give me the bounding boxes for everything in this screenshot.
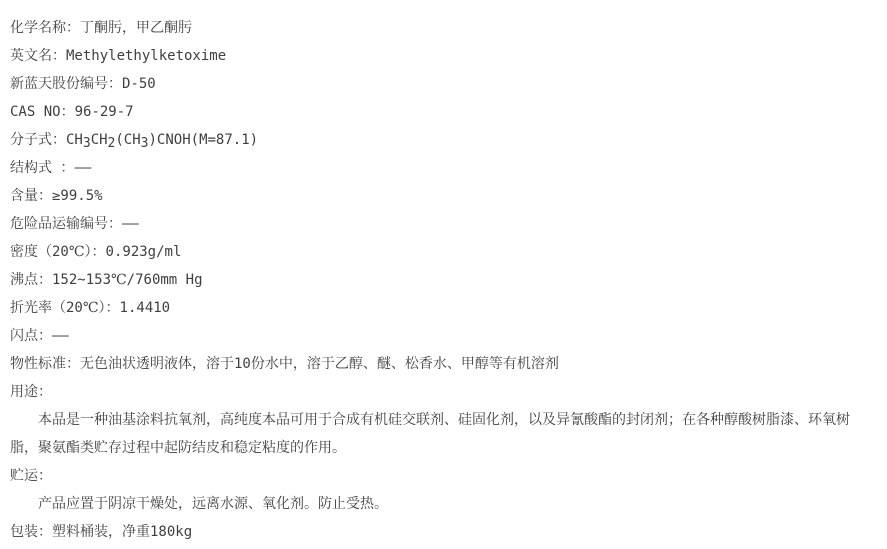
field-molecular-formula: 分子式：CH3CH2(CH3)CNOH(M=87.1) [10, 126, 887, 154]
field-label: 物性标准： [10, 356, 80, 372]
field-label: 危险品运输编号： [10, 216, 122, 232]
field-label: 密度（20℃）： [10, 244, 106, 260]
field-label: 闪点： [10, 328, 52, 344]
field-value: 152~153℃/760mm Hg [52, 272, 203, 288]
field-label: 分子式： [10, 132, 66, 148]
field-flash-point: 闪点：—— [10, 322, 887, 350]
field-packaging: 包装：塑料桶装，净重180kg [10, 518, 887, 546]
field-value: 96-29-7 [75, 104, 134, 120]
field-value: D-50 [122, 76, 156, 92]
field-value: 丁酮肟，甲乙酮肟 [80, 20, 192, 36]
molecular-formula-value: CH3CH2(CH3)CNOH(M=87.1) [66, 132, 258, 148]
field-cas-no: CAS NO：96-29-7 [10, 98, 887, 126]
field-value: 塑料桶装，净重180kg [52, 524, 192, 540]
field-boiling-point: 沸点：152~153℃/760mm Hg [10, 266, 887, 294]
field-structural-formula: 结构式 ：—— [10, 154, 887, 182]
field-chemical-name: 化学名称：丁酮肟，甲乙酮肟 [10, 14, 887, 42]
section-heading: 贮运： [10, 468, 52, 484]
field-label: 折光率（20℃）： [10, 300, 120, 316]
product-spec-document: 化学名称：丁酮肟，甲乙酮肟 英文名：Methylethylketoxime 新蓝… [0, 0, 887, 546]
field-transport-no: 危险品运输编号：—— [10, 210, 887, 238]
field-english-name: 英文名：Methylethylketoxime [10, 42, 887, 70]
field-physical-standard: 物性标准：无色油状透明液体，溶于10份水中，溶于乙醇、醚、松香水、甲醇等有机溶剂 [10, 350, 887, 378]
field-value: Methylethylketoxime [66, 48, 226, 64]
section-heading: 用途： [10, 384, 52, 400]
field-purity: 含量：≥99.5% [10, 182, 887, 210]
field-label: 包装： [10, 524, 52, 540]
formula-segment: CH [66, 132, 83, 148]
field-value: —— [52, 328, 69, 344]
storage-heading: 贮运： [10, 462, 887, 490]
usage-paragraph: 本品是一种油基涂料抗氧剂，高纯度本品可用于合成有机硅交联剂、硅固化剂，以及异氰酸… [10, 406, 856, 462]
field-value: 无色油状透明液体，溶于10份水中，溶于乙醇、醚、松香水、甲醇等有机溶剂 [80, 356, 559, 372]
field-company-code: 新蓝天股份编号：D-50 [10, 70, 887, 98]
field-value: ≥99.5% [52, 188, 103, 204]
formula-subscript: 3 [141, 136, 149, 151]
field-label: 化学名称： [10, 20, 80, 36]
field-label: 结构式 ： [10, 160, 74, 176]
storage-paragraph: 产品应置于阴凉干燥处，远离水源、氧化剂。防止受热。 [10, 490, 856, 518]
field-label: 英文名： [10, 48, 66, 64]
usage-heading: 用途： [10, 378, 887, 406]
field-label: 沸点： [10, 272, 52, 288]
field-refractive-index: 折光率（20℃）：1.4410 [10, 294, 887, 322]
field-label: 新蓝天股份编号： [10, 76, 122, 92]
field-label: CAS NO： [10, 104, 75, 120]
formula-subscript: 3 [83, 136, 91, 151]
field-value: —— [122, 216, 139, 232]
field-value: 0.923g/ml [106, 244, 182, 260]
formula-segment: )CNOH(M=87.1) [149, 132, 259, 148]
formula-segment: (CH [115, 132, 140, 148]
field-label: 含量： [10, 188, 52, 204]
formula-segment: CH [91, 132, 108, 148]
field-value: 1.4410 [120, 300, 171, 316]
field-value: —— [74, 160, 91, 176]
field-density: 密度（20℃）：0.923g/ml [10, 238, 887, 266]
